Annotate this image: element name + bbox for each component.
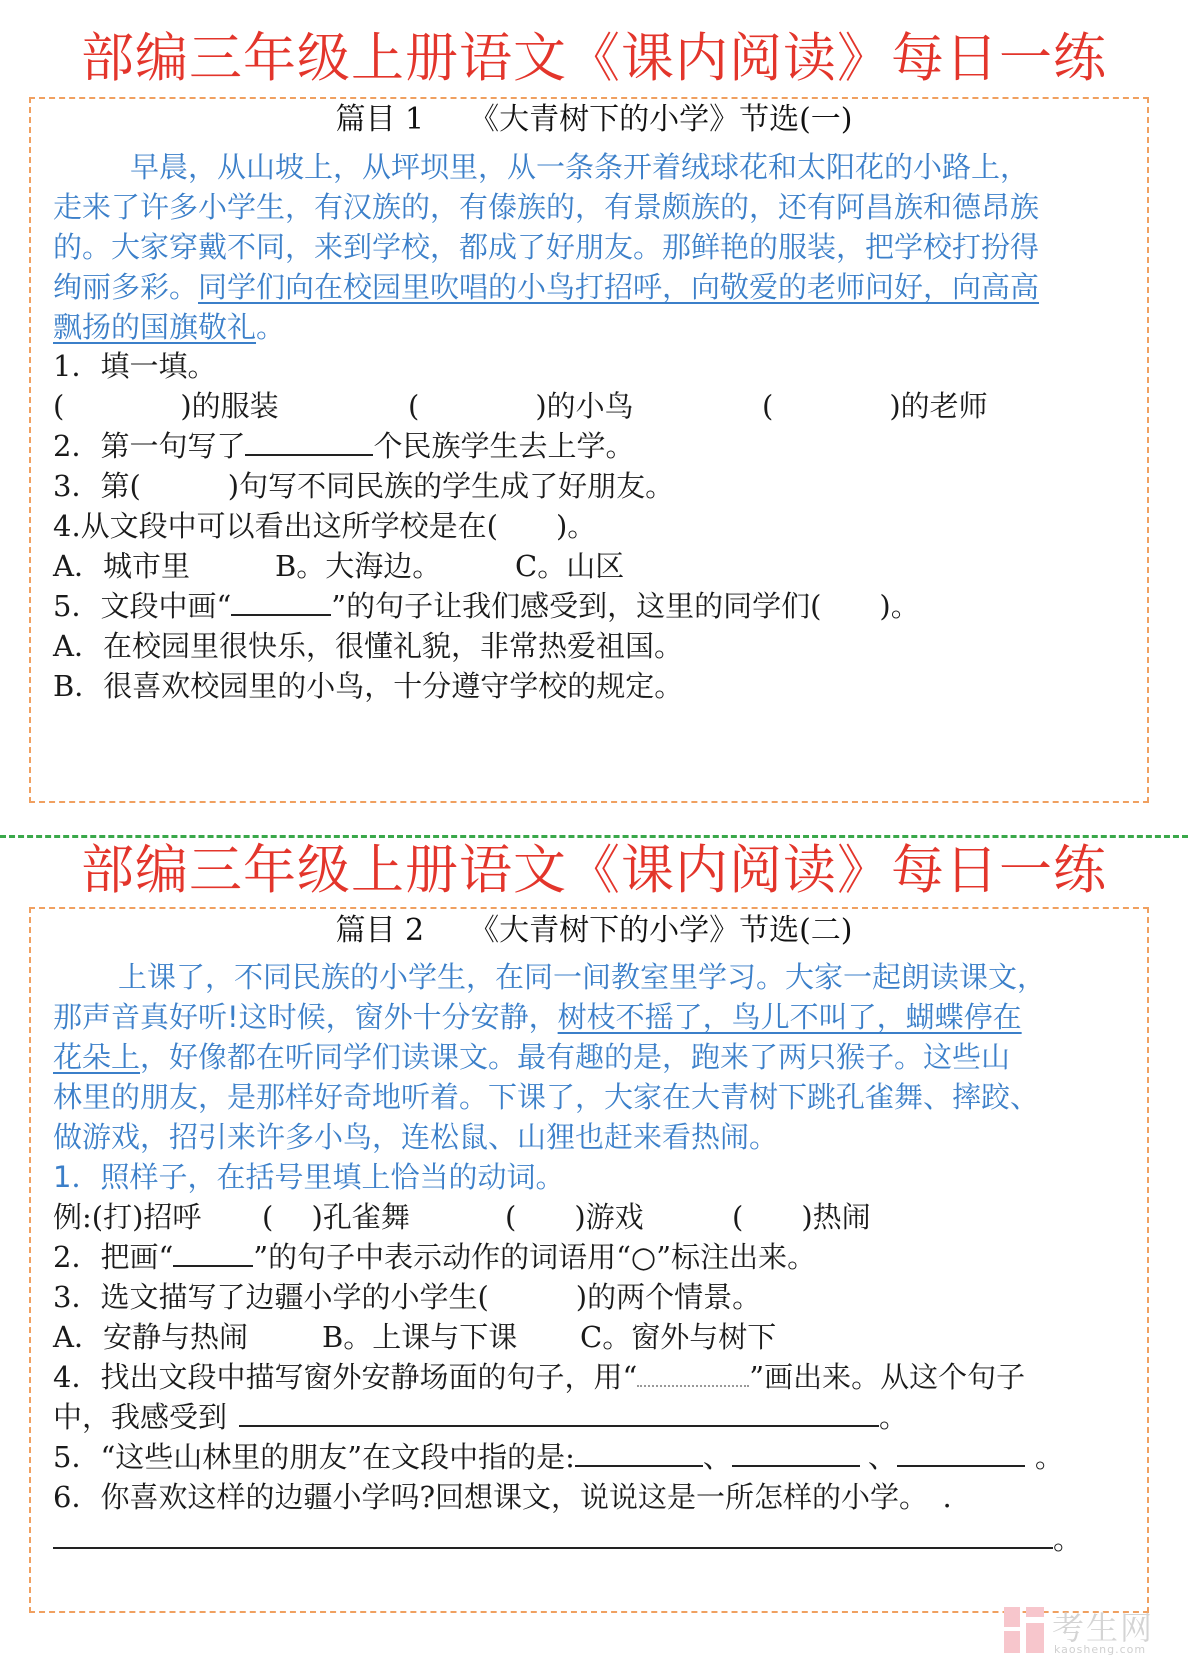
q4-text: 4．找出文段中描写窗外安静场面的句子，用“ [53,1360,637,1394]
page-title-2: 部编三年级上册语文《课内阅读》每日一练 [0,841,1188,901]
section2-heading: 篇目 2 《大青树下的小学》节选(二) [0,911,1188,951]
watermark-url: kaosheng.com [1054,1643,1146,1656]
q4-text: 。 [879,1400,908,1434]
q4-text: ”画出来。从这个句子 [749,1360,1025,1394]
question-4-line2: 中，我感受到。 [53,1397,908,1437]
passage1-line: 走来了许多小学生，有汉族的，有傣族的，有景颇族的，还有阿昌族和德昂族 [53,187,1039,227]
underlined-sentence: 花朵上 [53,1040,140,1074]
underlined-sentence: 同学们向在校园里吹唱的小鸟打招呼，向敬爱的老师问好，向高高 [198,270,1039,304]
q4-text: 中，我感受到 [53,1400,227,1434]
passage-text: 那声音真好听!这时候，窗外十分安静， [53,1000,558,1034]
q5-text: 5．文段中画“ [53,589,231,623]
q4-option-a[interactable]: A．城市里 [53,546,190,586]
q1-item[interactable]: ( )的服装 [53,386,279,426]
q4-answer-blank[interactable] [239,1397,879,1427]
q2-text: 2．把画“ [53,1240,173,1274]
q5-text: 5．“这些山林里的朋友”在文段中指的是: [53,1440,575,1474]
passage2-line: 林里的朋友，是那样好奇地听着。下课了，大家在大青树下跳孔雀舞、摔跤、 [53,1077,1039,1117]
q6-text: 。 [1053,1522,1082,1556]
question-4: 4.从文段中可以看出这所学校是在( )。 [53,506,596,546]
q3-option-a[interactable]: A．安静与热闹 [53,1317,248,1357]
q5-text: 。 [1035,1440,1064,1474]
question-5: 5．文段中画“”的句子让我们感受到，这里的同学们( )。 [53,586,920,626]
kaosheng-logo-icon [1004,1607,1044,1653]
question-1: 1．填一填。 [53,346,216,386]
q5-text: ”的句子让我们感受到，这里的同学们( )。 [331,589,919,623]
q2-underline-sample [173,1237,253,1267]
q2-text: ”的句子中表示动作的词语用“○”标注出来。 [253,1240,816,1274]
passage-text: ，好像都在听同学们读课文。最有趣的是，跑来了两只猴子。这些山 [140,1040,1010,1074]
q4-option-c[interactable]: C。山区 [515,546,624,586]
q1-item[interactable]: ( )孔雀舞 [262,1197,410,1237]
q6-answer-blank[interactable] [53,1519,1053,1549]
q1-example: 例:(打)招呼 [53,1197,201,1237]
q5-option-a[interactable]: A．在校园里很快乐，很懂礼貌，非常热爱祖国。 [53,626,683,666]
question-2: 2．把画“”的句子中表示动作的词语用“○”标注出来。 [53,1237,816,1277]
passage2-line: 那声音真好听!这时候，窗外十分安静，树枝不摇了，鸟儿不叫了，蝴蝶停在 [53,997,1022,1037]
question-4: 4．找出文段中描写窗外安静场面的句子，用“”画出来。从这个句子 [53,1357,1025,1397]
question-1: 1．照样子，在括号里填上恰当的动词。 [53,1157,564,1197]
passage1-line: 早晨，从山坡上，从坪坝里，从一条条开着绒球花和太阳花的小路上， [130,147,1029,187]
question-3: 3．第( )句写不同民族的学生成了好朋友。 [53,466,674,506]
underlined-sentence: 树枝不摇了，鸟儿不叫了，蝴蝶停在 [558,1000,1022,1034]
section1-heading: 篇目 1 《大青树下的小学》节选(一) [0,100,1188,140]
q1-item[interactable]: ( )游戏 [505,1197,644,1237]
q1-item[interactable]: ( )热闹 [732,1197,871,1237]
q1-item[interactable]: ( )的老师 [762,386,988,426]
passage-text: 。 [256,310,285,344]
q1-item[interactable]: ( )的小鸟 [408,386,634,426]
question-6-answer: 。 [53,1519,1082,1559]
question-3: 3．选文描写了边疆小学的小学生( )的两个情景。 [53,1277,761,1317]
q5-blank-1[interactable] [575,1437,703,1467]
section-separator [0,835,1188,838]
watermark: 考生网 kaosheng.com [1004,1607,1174,1665]
q5-sep: 、 [703,1440,732,1474]
q5-blank-3[interactable] [897,1437,1025,1467]
q5-underline-sample [231,586,331,616]
q5-blank-2[interactable] [732,1437,860,1467]
q5-option-b[interactable]: B．很喜欢校园里的小鸟，十分遵守学校的规定。 [53,666,683,706]
q2-text: 2．第一句写了 [53,429,245,463]
passage2-line: 做游戏，招引来许多小鸟，连松鼠、山狸也赶来看热闹。 [53,1117,778,1157]
passage1-line: 绚丽多彩。同学们向在校园里吹唱的小鸟打招呼，向敬爱的老师问好，向高高 [53,267,1039,307]
passage1-line: 飘扬的国旗敬礼。 [53,307,285,347]
q5-sep: 、 [868,1440,897,1474]
question-2: 2．第一句写了个民族学生去上学。 [53,426,634,466]
question-5: 5．“这些山林里的朋友”在文段中指的是:、、。 [53,1437,1064,1477]
q4-wavy-underline-sample [637,1359,749,1387]
underlined-sentence: 飘扬的国旗敬礼 [53,310,256,344]
q2-blank[interactable] [245,426,373,456]
passage-text: 绚丽多彩。 [53,270,198,304]
passage2-line: 花朵上，好像都在听同学们读课文。最有趣的是，跑来了两只猴子。这些山 [53,1037,1010,1077]
q3-option-b[interactable]: B。上课与下课 [322,1317,517,1357]
q4-option-b[interactable]: B。大海边。 [275,546,441,586]
passage2-line: 上课了，不同民族的小学生，在同一间教室里学习。大家一起朗读课文， [118,957,1046,997]
q3-option-c[interactable]: C。窗外与树下 [580,1317,776,1357]
question-6: 6．你喜欢这样的边疆小学吗?回想课文，说说这是一所怎样的小学。 . [53,1477,952,1517]
page-title: 部编三年级上册语文《课内阅读》每日一练 [0,29,1188,89]
passage1-line: 的。大家穿戴不同，来到学校，都成了好朋友。那鲜艳的服装，把学校打扮得 [53,227,1039,267]
q2-text: 个民族学生去上学。 [373,429,634,463]
